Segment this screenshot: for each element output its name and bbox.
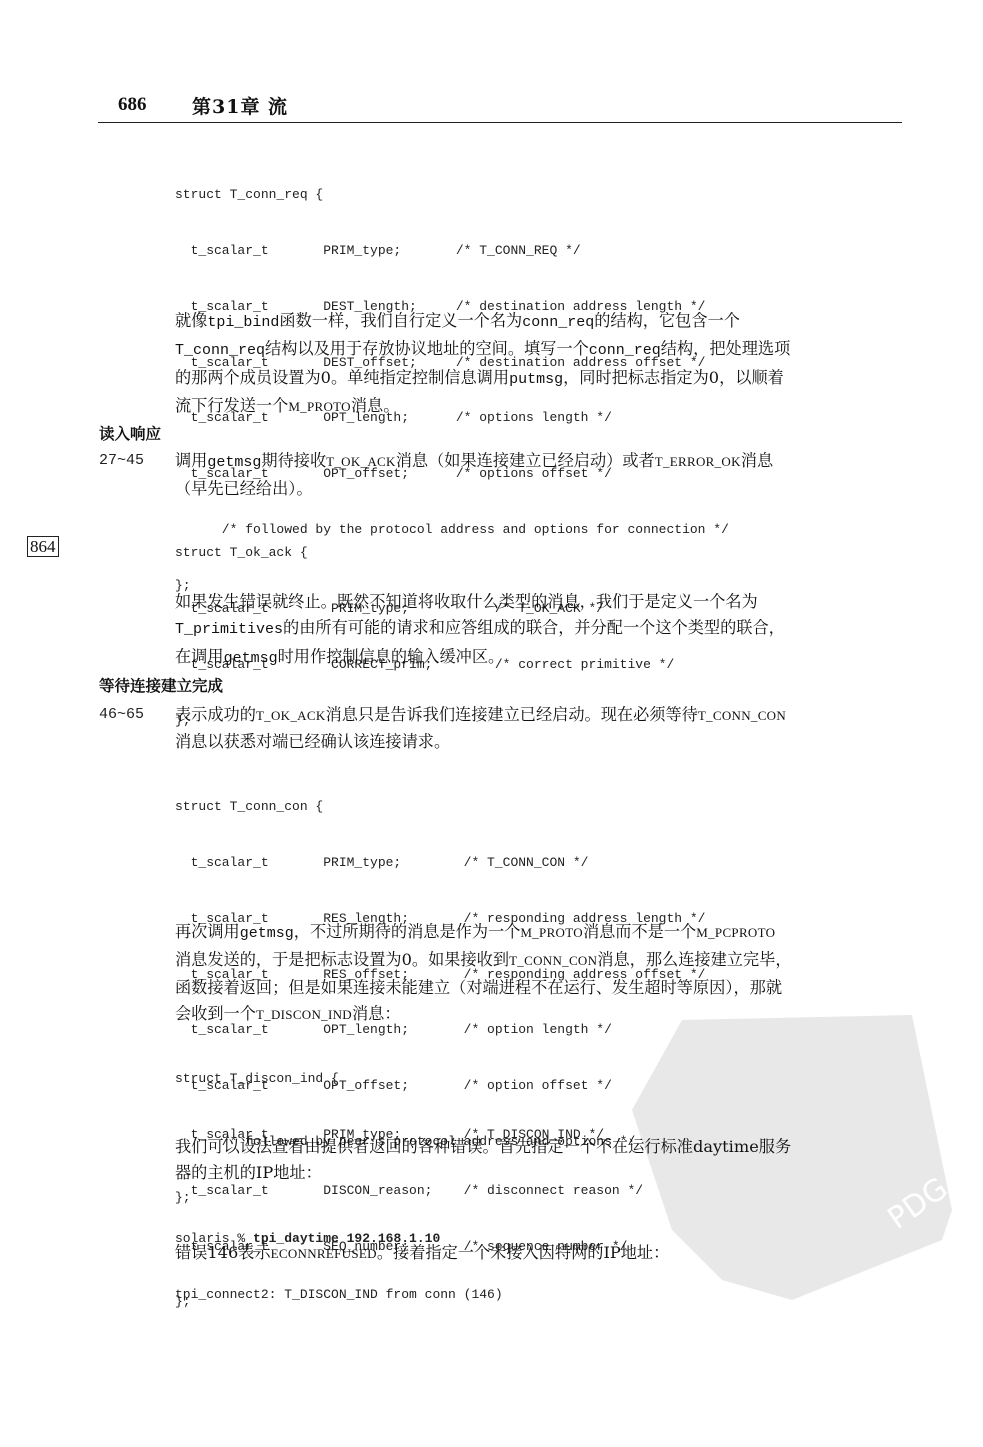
- line-range-27-45: 27~45: [99, 452, 144, 469]
- paragraph-errors: 我们可以设法查看由提供者返回的各种错误。首先指定一个不在运行标准daytime服…: [175, 1134, 903, 1187]
- header-rule: [98, 122, 902, 123]
- paragraph-econnrefused: 错误146表示ECONNREFUSED。接着指定一个未接入因特网的IP地址：: [175, 1240, 903, 1267]
- chapter-title: 第31章 流: [192, 92, 288, 119]
- paragraph-t-primitives: 如果发生错误就终止。既然不知道将收取什么类型的消息，我们于是定义一个名为 T_p…: [175, 589, 903, 672]
- page-number: 686: [118, 94, 147, 116]
- section-heading-wait-connection: 等待连接建立完成: [99, 674, 223, 696]
- paragraph-conn-con: 表示成功的T_OK_ACK消息只是告诉我们连接建立已经启动。现在必须等待T_CO…: [175, 702, 903, 756]
- margin-page-ref: 864: [27, 536, 59, 557]
- paragraph-getmsg: 调用getmsg期待接收T_OK_ACK消息（如果连接建立已经启动）或者T_ER…: [175, 448, 903, 503]
- line-range-46-65: 46~65: [99, 706, 144, 723]
- shell-result: tpi_connect2: T_DISCON_IND from conn (14…: [175, 1286, 503, 1305]
- section-heading-read-response: 读入响应: [99, 422, 161, 444]
- paragraph-discon-ind: 再次调用getmsg，不过所期待的消息是作为一个M_PROTO消息而不是一个M_…: [175, 919, 903, 1028]
- paragraph-conn-req: 就像tpi_bind函数一样，我们自行定义一个名为conn_req的结构，它包含…: [175, 308, 903, 420]
